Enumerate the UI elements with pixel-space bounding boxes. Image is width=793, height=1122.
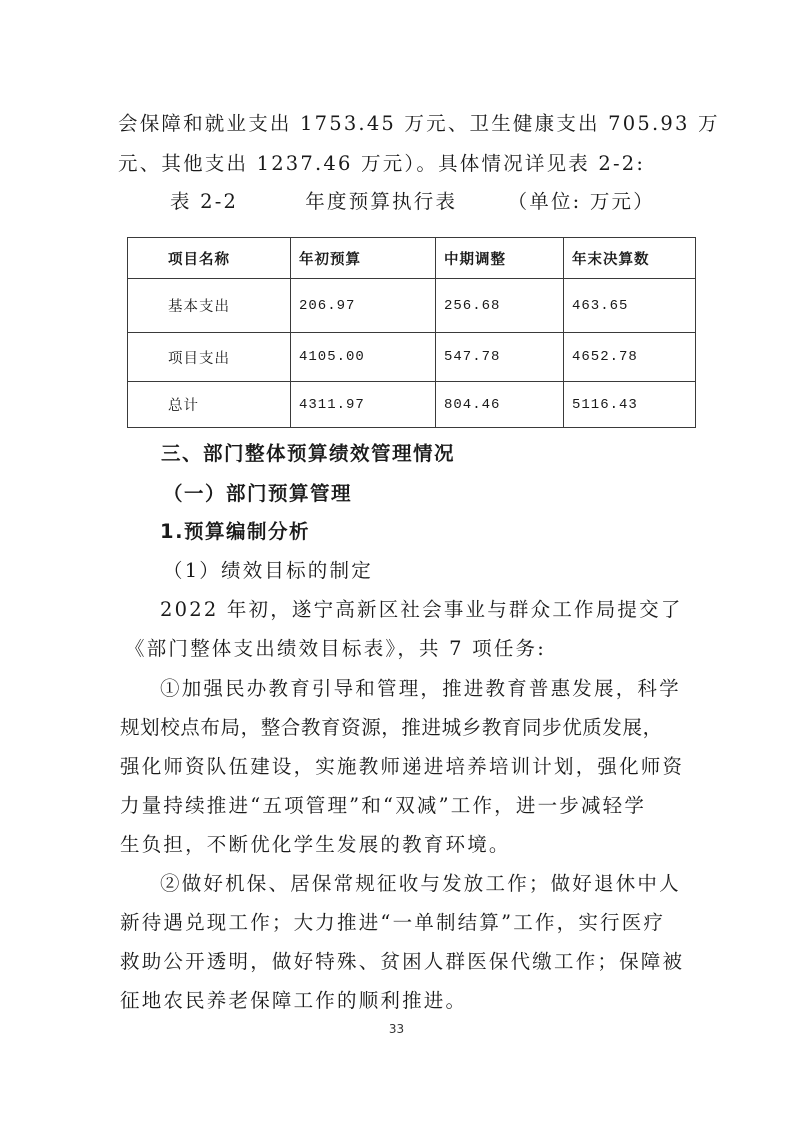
row-label: 总计 xyxy=(128,382,291,428)
paragraph-1-line-2: 《部门整体支出绩效目标表》，共 7 项任务: xyxy=(125,637,546,661)
paragraph-2-line-4: 力量持续推进“五项管理”和“双减”工作，进一步减轻学 xyxy=(120,794,646,818)
header-initial-budget: 年初预算 xyxy=(291,238,436,279)
page-number: 33 xyxy=(0,1022,793,1036)
paragraph-3-line-1: ②做好机保、居保常规征收与发放工作；做好退休中人 xyxy=(160,872,681,896)
table-row-total: 总计 4311.97 804.46 5116.43 xyxy=(128,382,696,428)
cell-final-accounts: 463.65 xyxy=(564,279,696,333)
sub-heading-goal-setting: （1）绩效目标的制定 xyxy=(163,559,373,583)
paragraph-2-line-3: 强化师资队伍建设，实施教师递进培养培训计划，强化师资 xyxy=(120,755,684,779)
header-final-accounts: 年末决算数 xyxy=(564,238,696,279)
paragraph-3-line-2: 新待遇兑现工作；大力推进“一单制结算”工作，实行医疗 xyxy=(120,911,665,935)
cell-initial-budget: 4311.97 xyxy=(291,382,436,428)
table-row: 项目支出 4105.00 547.78 4652.78 xyxy=(128,333,696,382)
table-header-row: 项目名称 年初预算 中期调整 年末决算数 xyxy=(128,238,696,279)
subsection-heading-1: （一）部门预算管理 xyxy=(163,482,352,506)
table-caption: 表 2-2 年度预算执行表 （单位: 万元） xyxy=(170,190,655,214)
row-label: 基本支出 xyxy=(128,279,291,333)
table-row: 基本支出 206.97 256.68 463.65 xyxy=(128,279,696,333)
paragraph-2-line-5: 生负担，不断优化学生发展的教育环境。 xyxy=(120,833,511,857)
paragraph-2-line-2: 规划校点布局，整合教育资源，推进城乡教育同步优质发展， xyxy=(120,716,663,740)
cell-midterm-adjustment: 547.78 xyxy=(436,333,564,382)
paragraph-1-line-1: 2022 年初，遂宁高新区社会事业与群众工作局提交了 xyxy=(160,598,683,622)
budget-execution-table: 项目名称 年初预算 中期调整 年末决算数 基本支出 206.97 256.68 … xyxy=(127,237,696,428)
cell-midterm-adjustment: 804.46 xyxy=(436,382,564,428)
cell-final-accounts: 4652.78 xyxy=(564,333,696,382)
paragraph-2-line-1: ①加强民办教育引导和管理，推进教育普惠发展，科学 xyxy=(160,677,681,701)
intro-line-1: 会保障和就业支出 1753.45 万元、卫生健康支出 705.93 万 xyxy=(118,112,720,136)
cell-initial-budget: 4105.00 xyxy=(291,333,436,382)
header-item-name: 项目名称 xyxy=(128,238,291,279)
paragraph-3-line-3: 救助公开透明，做好特殊、贫困人群医保代缴工作；保障被 xyxy=(120,950,684,974)
header-midterm-adjustment: 中期调整 xyxy=(436,238,564,279)
cell-midterm-adjustment: 256.68 xyxy=(436,279,564,333)
cell-final-accounts: 5116.43 xyxy=(564,382,696,428)
section-heading-3: 三、部门整体预算绩效管理情况 xyxy=(161,442,455,466)
row-label: 项目支出 xyxy=(128,333,291,382)
intro-line-2: 元、其他支出 1237.46 万元）。具体情况详见表 2-2: xyxy=(118,152,645,176)
sub-heading-budget-analysis: 1.预算编制分析 xyxy=(160,520,310,544)
paragraph-3-line-4: 征地农民养老保障工作的顺利推进。 xyxy=(120,989,467,1013)
cell-initial-budget: 206.97 xyxy=(291,279,436,333)
